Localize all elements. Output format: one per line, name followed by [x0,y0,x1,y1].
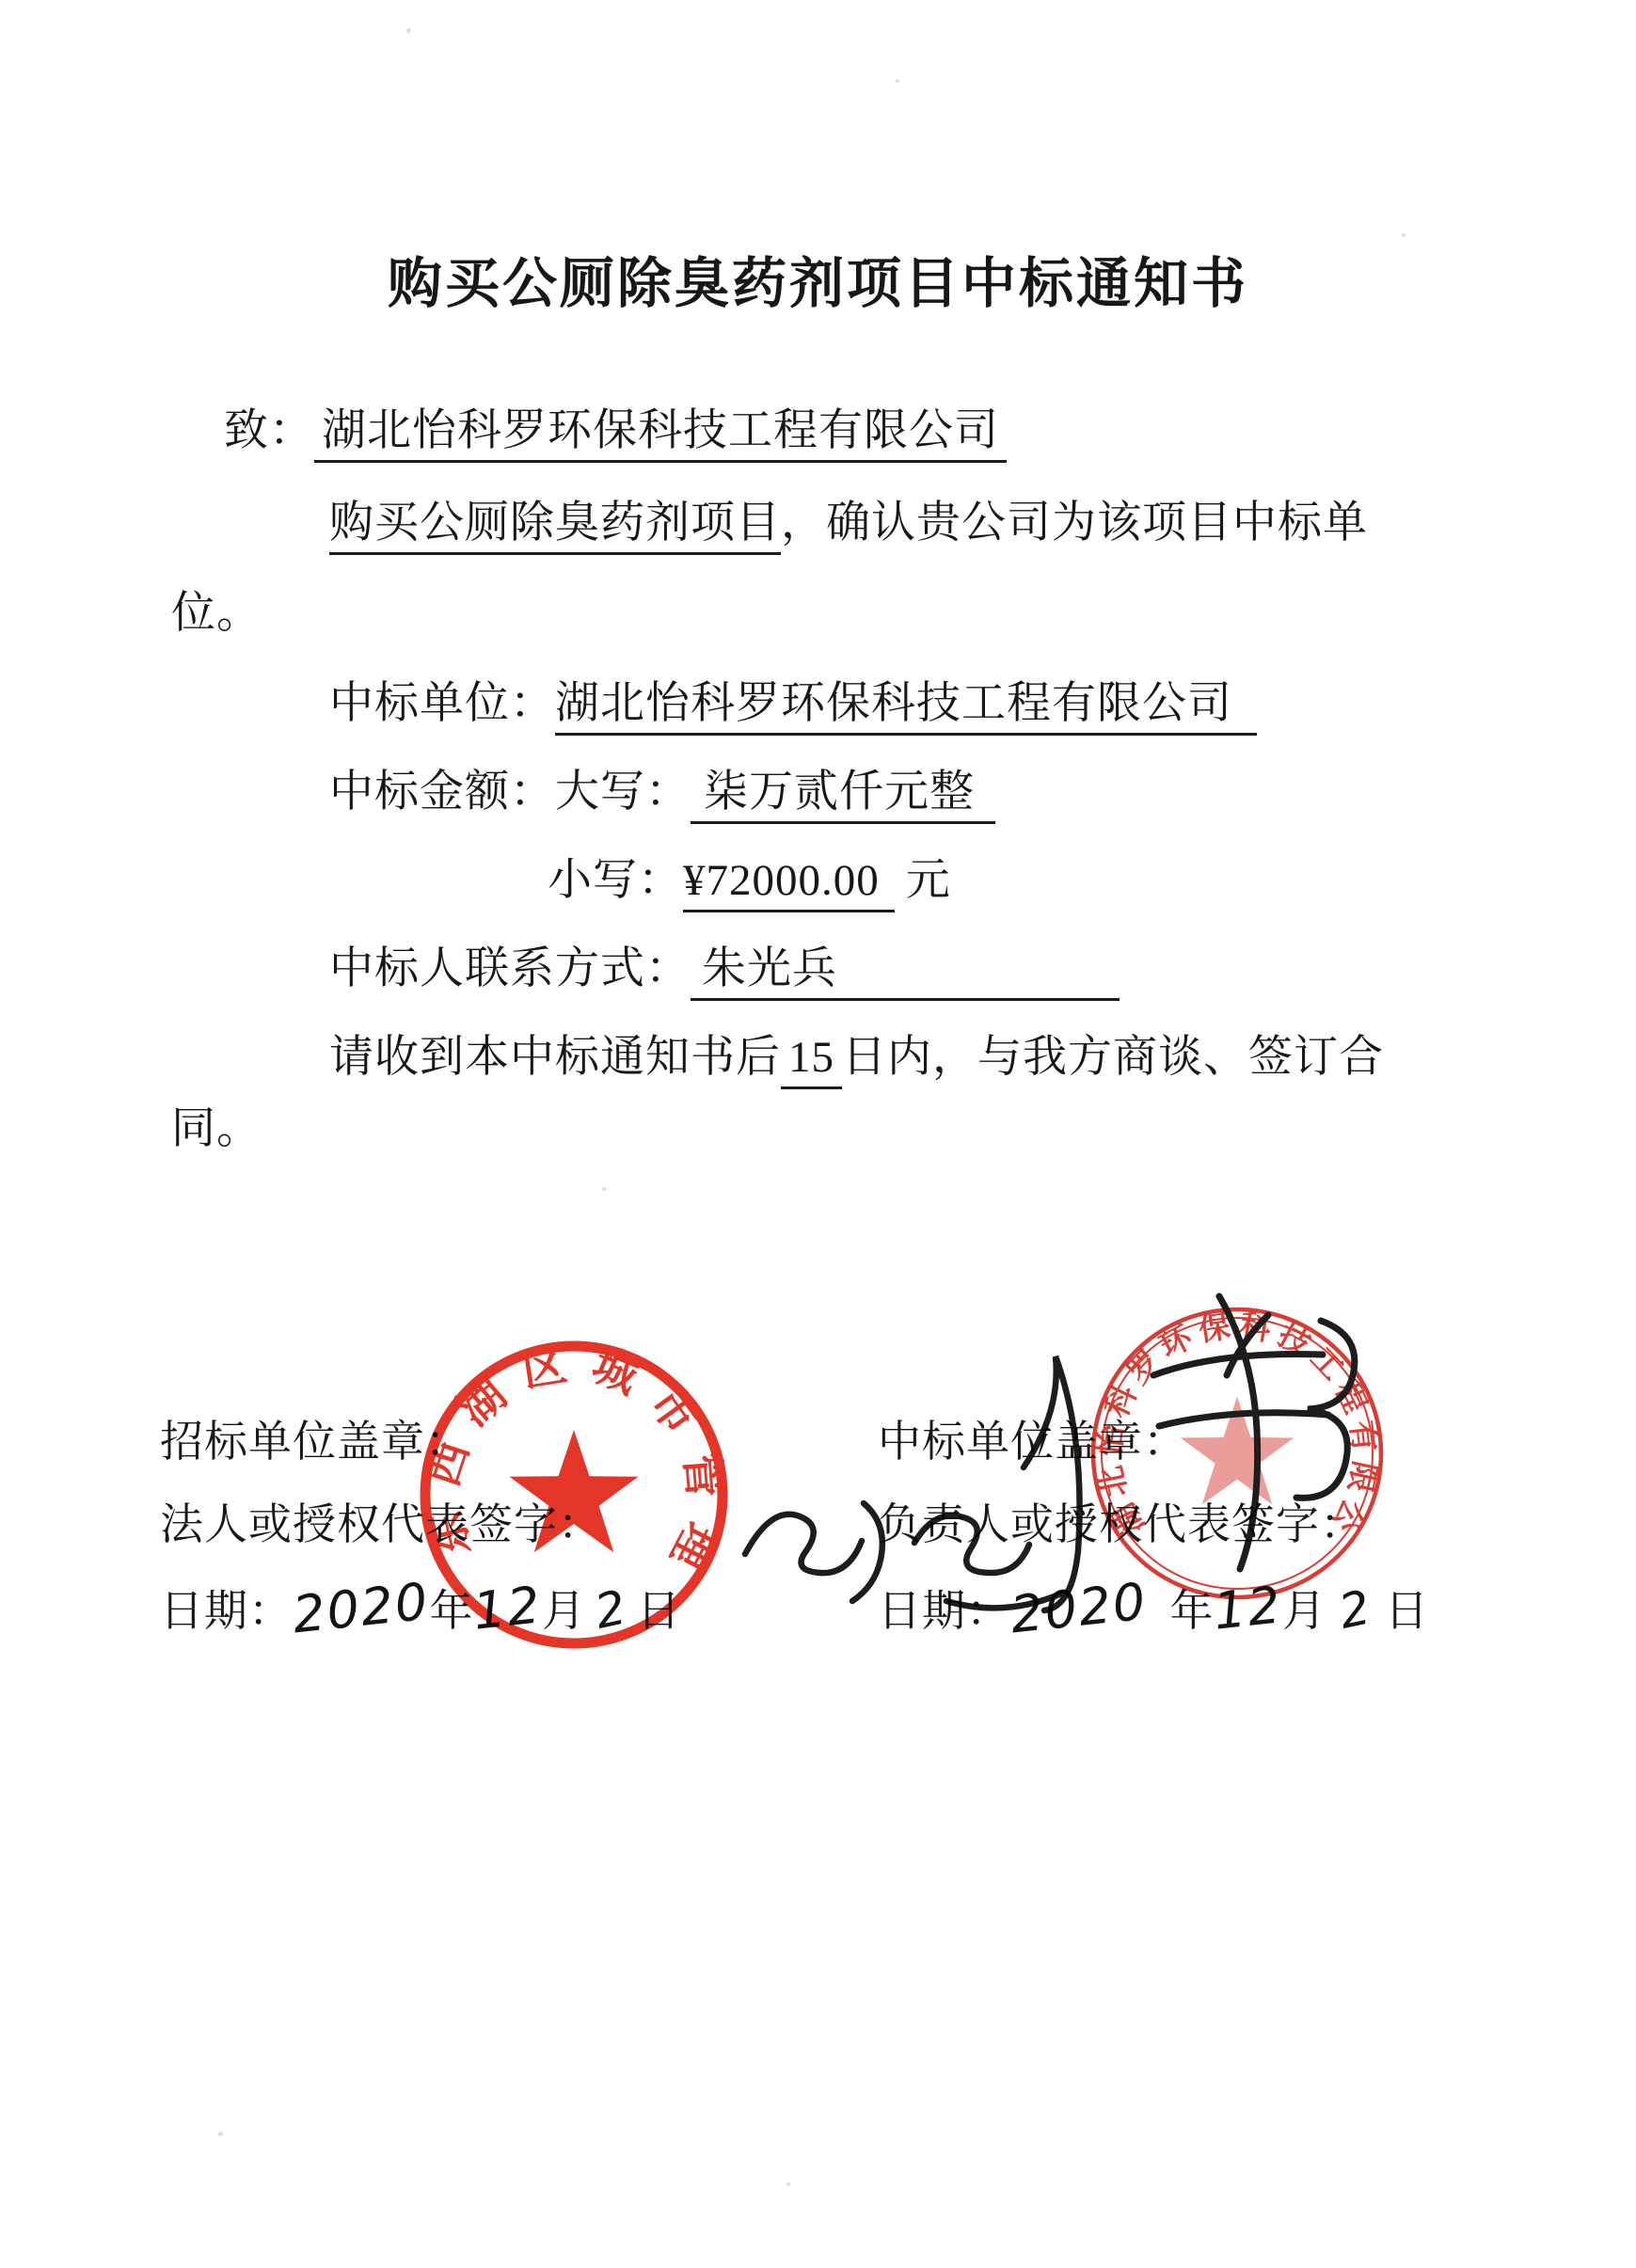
inviter-date-label: 日期： [160,1587,293,1635]
scan-speckle [406,28,411,33]
scanned-document-page: 购买公厕除臭药剂项目中标通知书 致：湖北怡科罗环保科技工程有限公司 购买公厕除臭… [0,0,1636,2268]
winner-stamp-label: 中标单位盖章： [878,1407,1187,1469]
inviter-sign-label: 法人或授权代表签字： [160,1490,602,1552]
addressee-line: 致：湖北怡科罗环保科技工程有限公司 [224,395,1007,458]
winner-seal-star-icon [1181,1397,1295,1505]
winner-sign-label: 负责人或授权代表签字： [878,1490,1364,1552]
scan-speckle [218,2132,223,2136]
year-char: 年 [1169,1587,1214,1635]
winner-line: 中标单位：湖北怡科罗环保科技工程有限公司 [329,668,1257,731]
amount-caps-label: 大写： [555,768,691,817]
winner-date-label: 日期： [878,1587,1010,1635]
day-char: 日 [1385,1587,1429,1635]
scan-speckle [896,79,899,83]
winner-label: 中标单位： [329,679,555,728]
notice-post: 日内，与我方商谈、签订合 [842,1033,1384,1082]
contact-label: 中标人联系方式： [329,944,691,993]
winner-company: 湖北怡科罗环保科技工程有限公司 [555,679,1257,736]
scan-speckle [1402,233,1406,237]
handwritten-year: 2020 [290,1572,432,1645]
notice-pre: 请收到本中标通知书后 [329,1033,781,1082]
confirmation-continuation: 位。 [171,578,262,641]
scan-speckle [602,1187,606,1191]
amount-num-value: ¥72000.00 [683,856,895,912]
confirmation-text: ，确认贵公司为该项目中标单 [781,499,1368,547]
amount-label: 中标金额： [329,768,555,817]
handwritten-day: 2 [590,1579,632,1640]
handwritten-month: 12 [470,1575,545,1641]
amount-num-label: 小写： [548,856,683,905]
amount-caps-value: 柒万贰仟元整 [691,768,995,824]
project-name: 购买公厕除臭药剂项目 [329,499,781,555]
amount-num-line: 小写：¥72000.00元 [548,845,951,908]
handwritten-day: 2 [1334,1579,1376,1640]
notice-line: 请收到本中标通知书后15日内，与我方商谈、签订合 [329,1022,1384,1085]
month-char: 月 [542,1587,586,1635]
year-char: 年 [429,1587,473,1635]
inviter-date-line: 日期：2020年12月2日 [160,1577,681,1639]
addressee-label: 致： [224,406,314,455]
handwritten-year: 2020 [1008,1572,1150,1645]
inviter-handwritten-signature [745,1356,1080,1610]
month-char: 月 [1282,1587,1326,1635]
scan-speckle [786,2182,790,2186]
inviter-stamp-label: 招标单位盖章： [160,1407,469,1469]
notice-days: 15 [781,1033,842,1089]
contact-line: 中标人联系方式：朱光兵 [329,933,1120,996]
confirmation-line: 购买公厕除臭药剂项目，确认贵公司为该项目中标单 [329,487,1368,550]
contact-value: 朱光兵 [691,944,1120,1001]
addressee-company: 湖北怡科罗环保科技工程有限公司 [314,406,1007,463]
document-title: 购买公厕除臭药剂项目中标通知书 [0,239,1636,318]
day-char: 日 [637,1587,681,1635]
handwritten-month: 12 [1211,1575,1285,1641]
winner-date-line: 日期：2020年12月2日 [878,1577,1429,1639]
notice-continuation: 同。 [171,1093,262,1156]
amount-num-unit: 元 [906,856,951,905]
amount-caps-line: 中标金额：大写：柒万贰仟元整 [329,756,995,819]
